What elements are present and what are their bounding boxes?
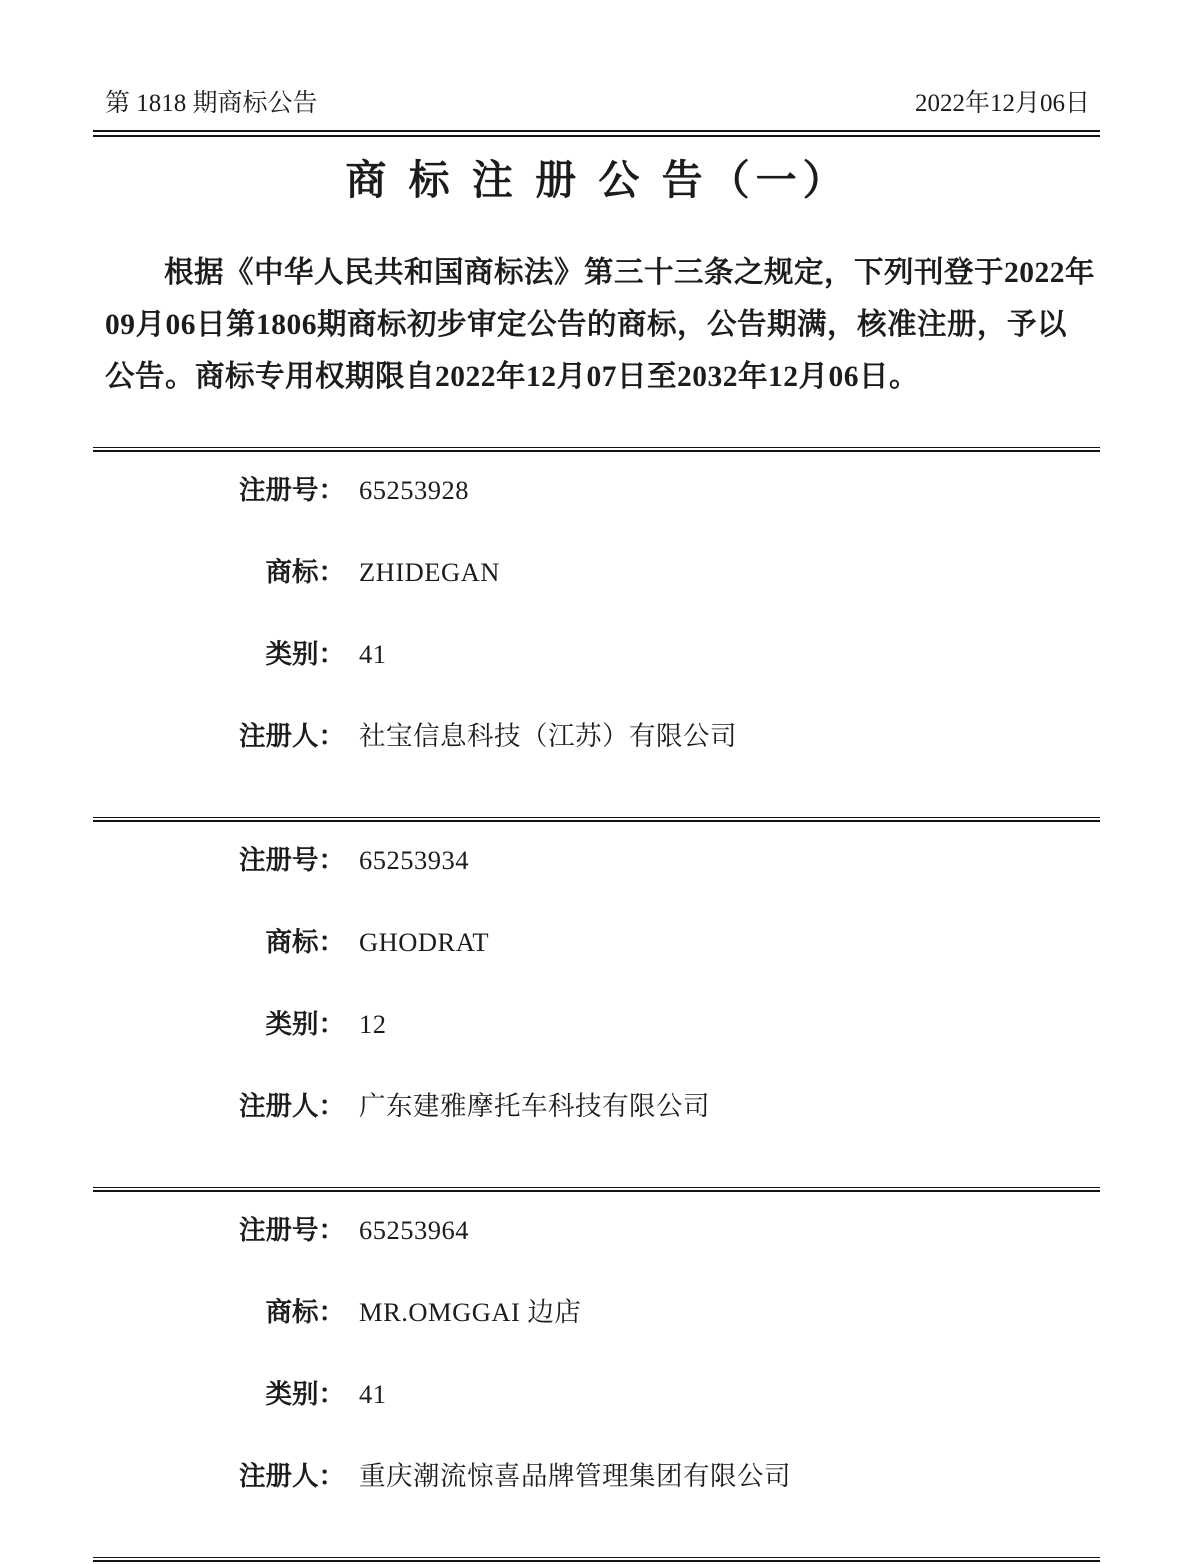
trademark-value: ZHIDEGAN: [359, 556, 500, 589]
registrant-label: 注册人：: [105, 720, 345, 753]
reg-no-value: 65253928: [359, 474, 469, 507]
registrant-label: 注册人：: [105, 1090, 345, 1123]
gazette-page: 第 1818 期商标公告 2022年12月06日 商 标 注 册 公 告（一） …: [0, 0, 1190, 1564]
trademark-entry: 注册号： 65253928 商标： ZHIDEGAN 类别： 41 注册人： 社…: [105, 452, 1090, 817]
trademark-row: 商标： MR.OMGGAI 边店: [105, 1296, 1090, 1329]
page-title: 商 标 注 册 公 告（一）: [105, 153, 1090, 207]
reg-no-label: 注册号：: [105, 844, 345, 877]
intro-line: 09月06日第1806期商标初步审定公告的商标，公告期满，核准注册，予以: [105, 299, 1090, 351]
registrant-value: 重庆潮流惊喜品牌管理集团有限公司: [359, 1460, 791, 1493]
registrant-value: 社宝信息科技（江苏）有限公司: [359, 720, 737, 753]
category-label: 类别：: [105, 1008, 345, 1041]
category-value: 41: [359, 1378, 387, 1411]
trademark-entry: 注册号： 65253964 商标： MR.OMGGAI 边店 类别： 41 注册…: [105, 1192, 1090, 1557]
registrant-row: 注册人： 重庆潮流惊喜品牌管理集团有限公司: [105, 1460, 1090, 1493]
category-value: 12: [359, 1008, 387, 1041]
category-row: 类别： 41: [105, 1378, 1090, 1411]
trademark-label: 商标：: [105, 1296, 345, 1329]
category-row: 类别： 12: [105, 1008, 1090, 1041]
trademark-row: 商标： GHODRAT: [105, 926, 1090, 959]
trademark-value: MR.OMGGAI 边店: [359, 1296, 581, 1329]
reg-no-row: 注册号： 65253928: [105, 474, 1090, 507]
trademark-value: GHODRAT: [359, 926, 489, 959]
registrant-row: 注册人： 广东建雅摩托车科技有限公司: [105, 1090, 1090, 1123]
reg-no-row: 注册号： 65253964: [105, 1214, 1090, 1247]
reg-no-row: 注册号： 65253934: [105, 844, 1090, 877]
registrant-value: 广东建雅摩托车科技有限公司: [359, 1090, 710, 1123]
intro-line: 公告。商标专用权期限自2022年12月07日至2032年12月06日。: [105, 351, 1090, 403]
trademark-label: 商标：: [105, 926, 345, 959]
running-head: 第 1818 期商标公告 2022年12月06日: [105, 88, 1090, 120]
header-rule: [93, 130, 1100, 137]
reg-no-value: 65253964: [359, 1214, 469, 1247]
trademark-row: 商标： ZHIDEGAN: [105, 556, 1090, 589]
category-label: 类别：: [105, 1378, 345, 1411]
intro-line: 根据《中华人民共和国商标法》第三十三条之规定，下列刊登于2022年: [105, 247, 1090, 299]
reg-no-label: 注册号：: [105, 1214, 345, 1247]
trademark-entry: 注册号： 65253934 商标： GHODRAT 类别： 12 注册人： 广东…: [105, 822, 1090, 1187]
issue-date: 2022年12月06日: [915, 88, 1090, 120]
issue-label: 第 1818 期商标公告: [105, 88, 318, 120]
intro-paragraph: 根据《中华人民共和国商标法》第三十三条之规定，下列刊登于2022年 09月06日…: [105, 247, 1090, 403]
reg-no-value: 65253934: [359, 844, 469, 877]
reg-no-label: 注册号：: [105, 474, 345, 507]
trademark-label: 商标：: [105, 556, 345, 589]
category-row: 类别： 41: [105, 638, 1090, 671]
bottom-rule: [93, 1557, 1100, 1562]
registrant-label: 注册人：: [105, 1460, 345, 1493]
registrant-row: 注册人： 社宝信息科技（江苏）有限公司: [105, 720, 1090, 753]
category-label: 类别：: [105, 638, 345, 671]
category-value: 41: [359, 638, 387, 671]
